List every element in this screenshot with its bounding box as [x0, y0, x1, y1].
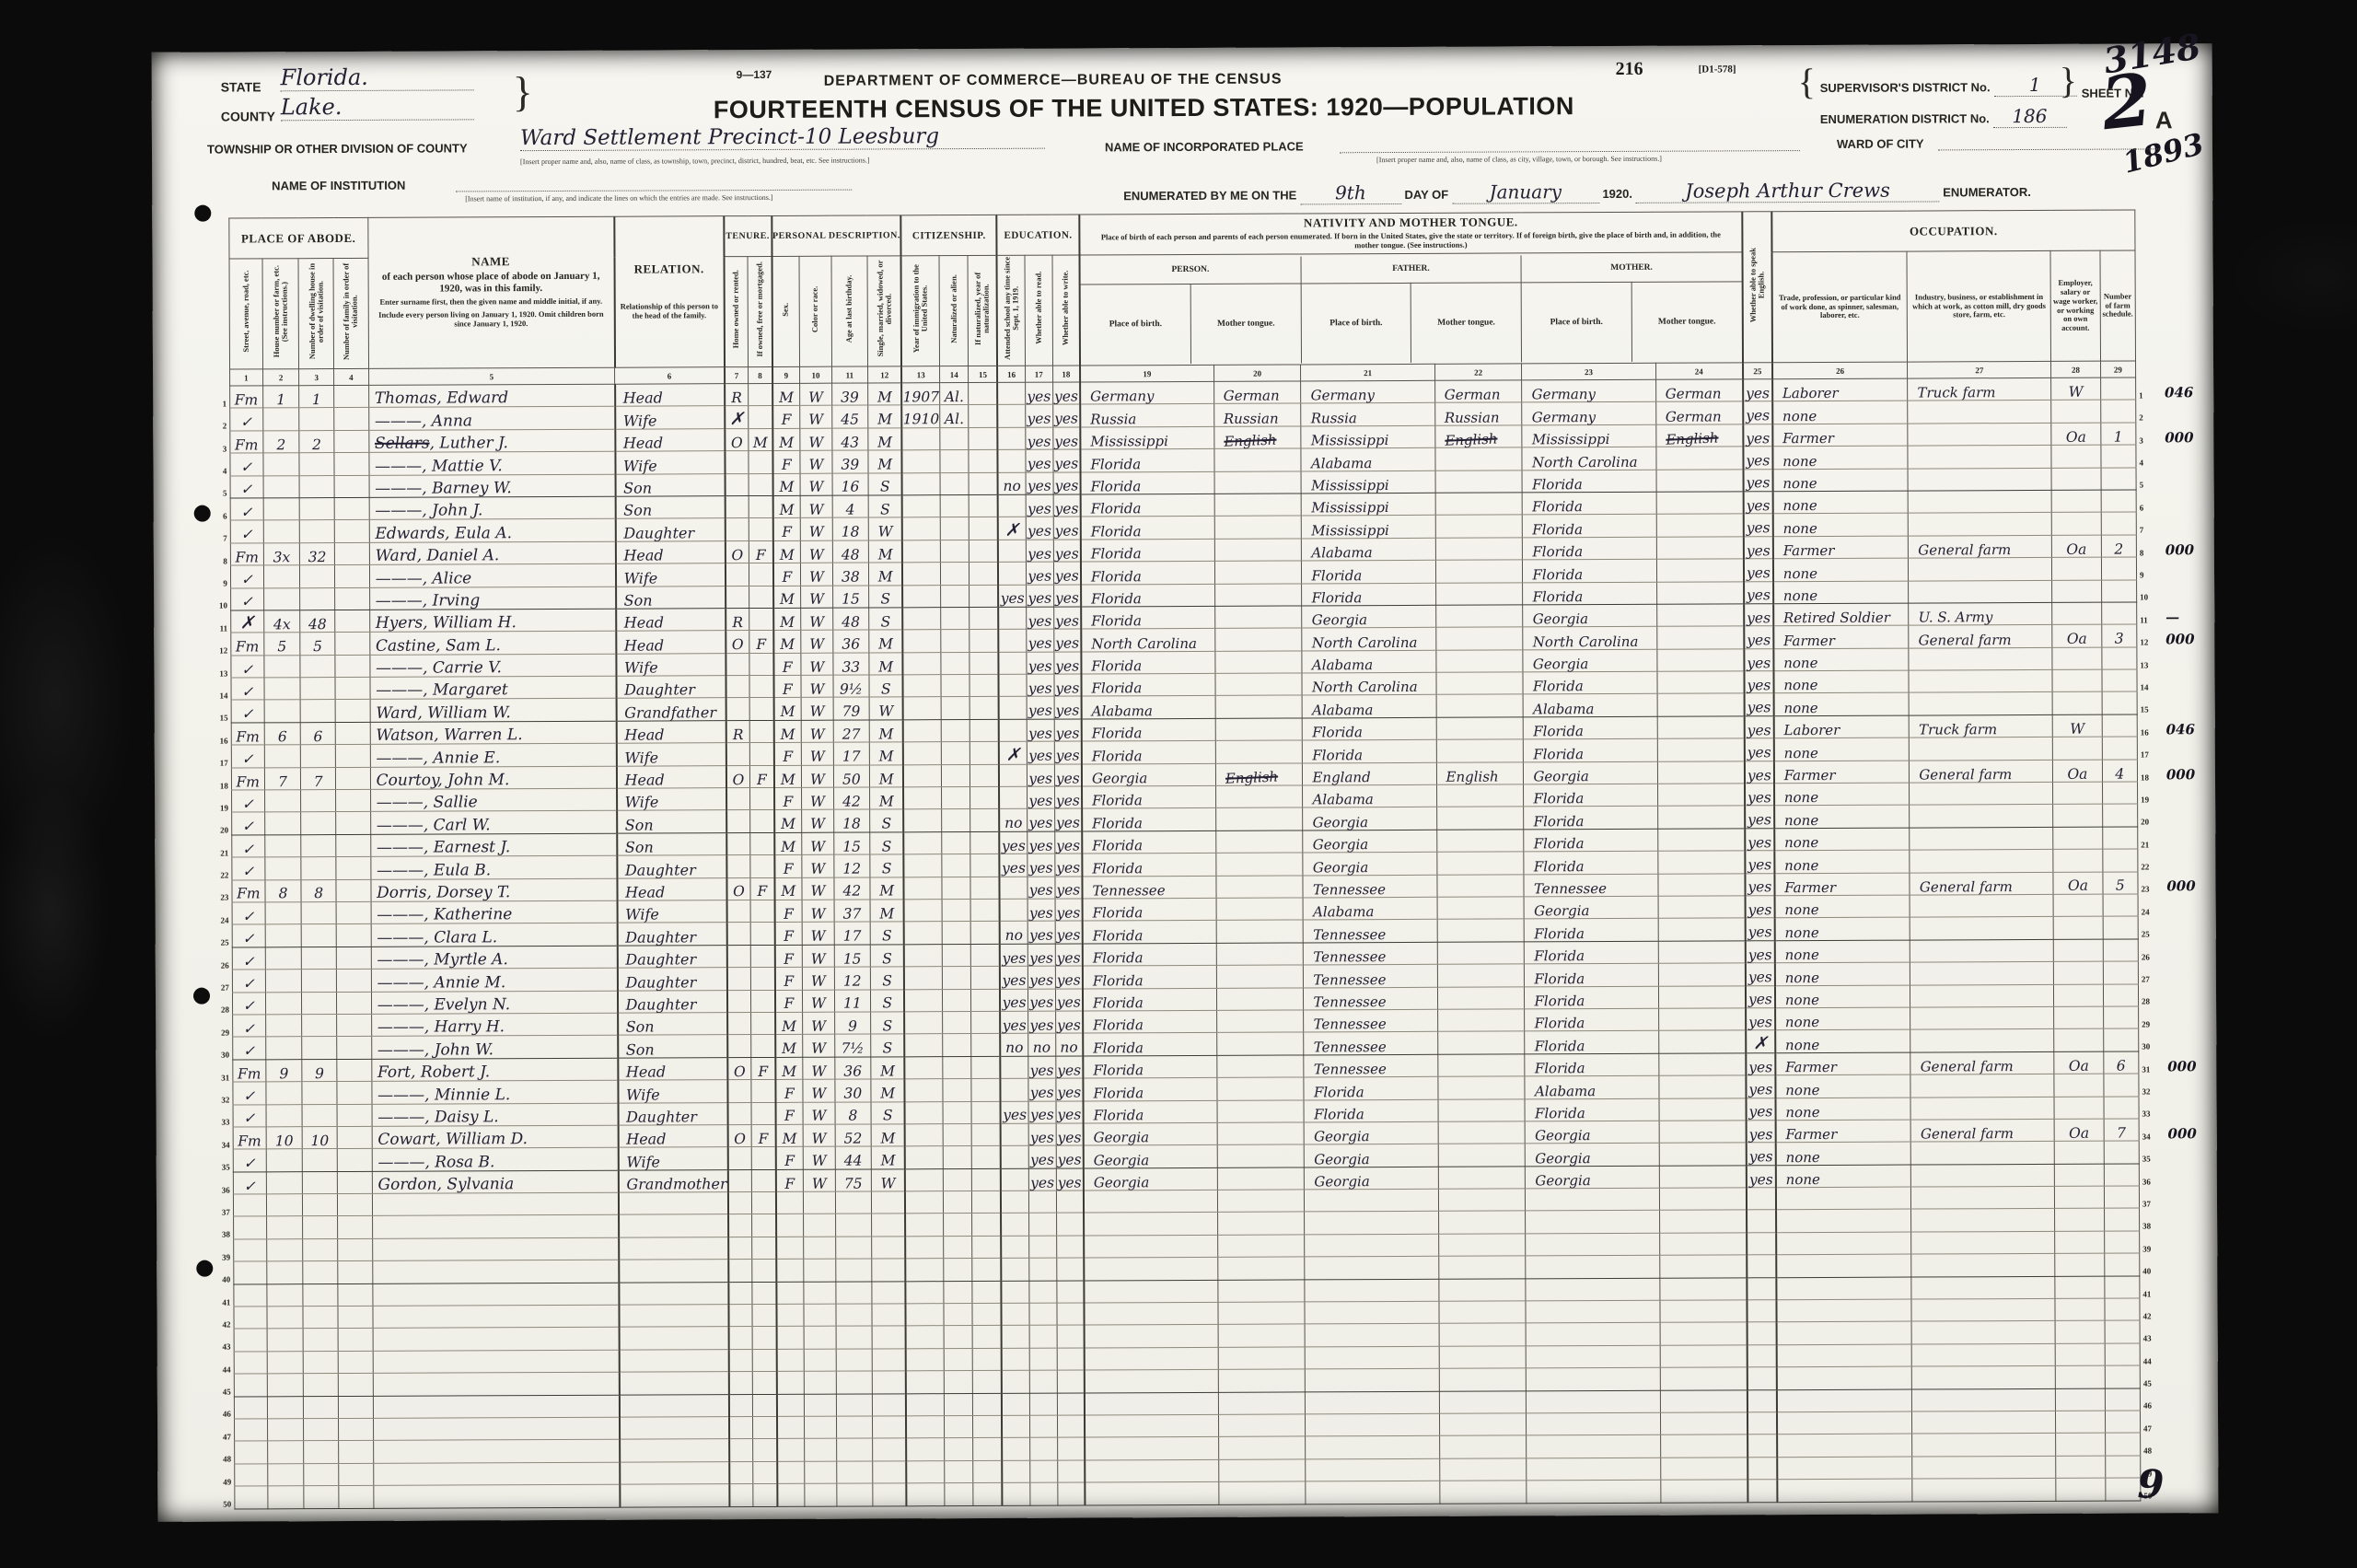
- column-number: 15: [969, 366, 998, 382]
- cell-age: 33: [833, 653, 869, 676]
- margin-code: [2162, 1074, 2216, 1097]
- cell-race: W: [803, 1102, 835, 1125]
- cell-emp: Oa: [2052, 535, 2102, 558]
- cell-fm: [338, 1261, 373, 1284]
- cell-t8: [753, 1439, 777, 1462]
- cell-pmt: [1217, 1257, 1305, 1280]
- cell-dw: [303, 1261, 338, 1284]
- cell-dw: [304, 1418, 339, 1441]
- cell-sex: M: [775, 1057, 803, 1080]
- cell-c16: [1002, 1326, 1029, 1349]
- cell-t7: O: [726, 631, 749, 654]
- cell-fm: [337, 1171, 372, 1194]
- cell-t7: R: [726, 720, 749, 743]
- cell-rel: Daughter: [617, 855, 726, 878]
- cell-c15: [969, 472, 998, 495]
- cell-c13: [904, 967, 942, 990]
- line-number-right: 32: [2139, 1074, 2162, 1097]
- cell-c15: [972, 1123, 1002, 1146]
- cell-c16: [1002, 1348, 1029, 1371]
- cell-fm: [336, 992, 371, 1015]
- cell-ind: General farm: [1909, 535, 2052, 558]
- cell-fb: [1305, 1189, 1438, 1212]
- cell-c17: [1029, 1281, 1057, 1304]
- cell-t7: O: [727, 1057, 751, 1080]
- cell-st: ✓: [232, 970, 265, 993]
- cell-trade: [1776, 1277, 1911, 1300]
- margin-code: [2163, 1208, 2217, 1231]
- cell-ind: General farm: [1910, 872, 2053, 895]
- cell-mar: [871, 1191, 905, 1214]
- line-number-left: 24: [209, 902, 232, 925]
- cell-eng: yes: [1743, 379, 1772, 402]
- line-number-left: 23: [208, 880, 231, 903]
- cell-t8: [750, 945, 774, 968]
- cell-eng: yes: [1744, 671, 1773, 694]
- cell-hn: [266, 1261, 303, 1284]
- cell-fmt: [1439, 1346, 1527, 1369]
- cell-mar: M: [869, 720, 903, 743]
- cell-mmt: [1656, 581, 1744, 604]
- cell-eng: [1747, 1480, 1777, 1503]
- cell-c15: [970, 809, 1000, 832]
- cell-hn: 1: [262, 386, 299, 409]
- cell-sex: M: [772, 383, 800, 406]
- cell-eng: yes: [1745, 806, 1774, 829]
- cell-c15: [969, 427, 998, 450]
- cell-c16: [998, 427, 1026, 450]
- cell-fb: Tennessee: [1304, 987, 1437, 1010]
- col-4-family-number: Number of family in order of visitation.: [333, 258, 368, 368]
- check-mark: ✓: [244, 1156, 256, 1172]
- cell-c16: ✗: [998, 517, 1026, 540]
- line-number-right: 24: [2138, 894, 2161, 917]
- cell-mb: Florida: [1525, 941, 1658, 964]
- cell-ind: [1911, 1254, 2055, 1277]
- cell-fb: Alabama: [1304, 897, 1437, 920]
- cell-farm: [2102, 827, 2137, 850]
- cell-pmt: [1217, 1235, 1305, 1258]
- cell-ind: [1911, 1321, 2055, 1344]
- cell-name: ———, Sallie: [370, 788, 616, 812]
- cell-fmt: [1435, 560, 1523, 583]
- line-number-left: 26: [209, 947, 232, 970]
- cell-c15: [970, 697, 1000, 720]
- cell-st: [234, 1396, 267, 1419]
- cell-pmt: [1218, 1347, 1306, 1370]
- left-line-number-header: [205, 218, 229, 386]
- cell-fm: [337, 1037, 372, 1060]
- cell-st: ✓: [230, 587, 263, 610]
- cell-c18: yes: [1056, 1100, 1084, 1123]
- cell-c15: [972, 1146, 1002, 1169]
- cell-c15: [973, 1460, 1003, 1483]
- cell-mb: Florida: [1524, 739, 1657, 762]
- cell-race: W: [803, 1124, 835, 1147]
- cell-hn: [266, 1194, 303, 1217]
- cell-rel: Head: [615, 540, 725, 563]
- cell-c18: yes: [1055, 989, 1083, 1012]
- cell-fb: [1306, 1368, 1439, 1391]
- cell-c16: [999, 786, 1027, 809]
- cell-age: 36: [832, 630, 868, 653]
- cell-ind: [1911, 1186, 2055, 1209]
- cell-c16: no: [1001, 1034, 1028, 1057]
- cell-race: [804, 1327, 836, 1350]
- cell-age: 4: [832, 495, 868, 518]
- line-number-right: 13: [2137, 647, 2160, 670]
- cell-c16: no: [999, 809, 1027, 832]
- cell-mb: North Carolina: [1523, 627, 1656, 650]
- col-17-able-to-read: Whether able to read.: [1025, 255, 1052, 366]
- cell-fm: [335, 655, 370, 678]
- cell-mar: [872, 1214, 906, 1237]
- form-number: 9—137: [737, 68, 772, 81]
- cell-hn: 9: [265, 1059, 302, 1082]
- cell-mmt: [1659, 1188, 1747, 1211]
- cell-race: [804, 1349, 836, 1372]
- cell-c13: [907, 1460, 945, 1483]
- column-number: 27: [1908, 361, 2051, 378]
- cell-c17: yes: [1028, 989, 1055, 1012]
- cell-c14: [944, 1371, 973, 1394]
- cell-c16: ✗: [999, 741, 1027, 764]
- line-number-right: 40: [2140, 1253, 2163, 1276]
- table-header: PLACE OF ABODE. NAME of each person whos…: [205, 210, 2213, 387]
- cell-eng: yes: [1744, 604, 1773, 627]
- cell-trade: Farmer: [1775, 1052, 1910, 1075]
- cell-c14: [940, 585, 970, 608]
- cell-t8: F: [749, 540, 772, 563]
- cell-mmt: [1658, 1053, 1746, 1076]
- cell-hn: [267, 1374, 304, 1397]
- cell-t8: [752, 1349, 776, 1372]
- cell-eng: [1747, 1434, 1777, 1458]
- cell-trade: none: [1773, 558, 1909, 581]
- cell-fm: [335, 610, 370, 633]
- cell-name: Courtoy, John M.: [370, 766, 616, 790]
- cell-ind: [1909, 580, 2052, 603]
- cell-trade: none: [1775, 1007, 1910, 1030]
- cell-sex: F: [774, 967, 802, 990]
- cell-fb: [1305, 1301, 1438, 1324]
- col-1-street: Street, avenue, road, etc.: [229, 259, 262, 369]
- cell-c15: [971, 989, 1001, 1012]
- cell-fmt: [1439, 1413, 1527, 1436]
- cell-fm: [335, 722, 370, 745]
- cell-ind: [1910, 1074, 2054, 1097]
- cell-c16: [1002, 1236, 1029, 1259]
- cell-fmt: [1439, 1323, 1527, 1346]
- cell-trade: none: [1775, 1074, 1910, 1098]
- cell-t7: O: [726, 765, 750, 788]
- line-number-left: 20: [208, 812, 231, 835]
- cell-mb: Georgia: [1526, 1166, 1659, 1189]
- line-number-left: 44: [211, 1352, 234, 1375]
- cell-ind: [1911, 1276, 2055, 1299]
- cell-mb: Florida: [1525, 919, 1658, 942]
- cell-c16: [999, 674, 1027, 697]
- cell-fmt: [1439, 1481, 1527, 1504]
- cell-t8: [749, 698, 773, 721]
- cell-c18: yes: [1053, 540, 1081, 563]
- margin-code: [2162, 1006, 2216, 1029]
- cell-st: ✓: [232, 1015, 265, 1038]
- cell-mb: [1527, 1345, 1660, 1368]
- cell-emp: [2055, 1186, 2105, 1209]
- cell-t8: [749, 743, 773, 766]
- margin-code: —: [2160, 602, 2214, 625]
- cell-mb: [1527, 1458, 1660, 1481]
- cell-race: W: [800, 473, 832, 496]
- cell-fmt: [1436, 672, 1524, 695]
- line-number-right: 7: [2136, 512, 2159, 535]
- cell-farm: [2103, 849, 2138, 872]
- cell-mmt: [1660, 1458, 1747, 1481]
- cell-c17: yes: [1026, 517, 1053, 540]
- cell-emp: [2056, 1388, 2106, 1411]
- cell-c18: [1056, 1213, 1084, 1236]
- cell-farm: [2100, 400, 2135, 423]
- cell-age: 50: [833, 765, 869, 788]
- cell-farm: [2104, 1074, 2139, 1097]
- cell-c17: yes: [1028, 1101, 1056, 1124]
- cell-sex: [776, 1304, 804, 1327]
- cell-t7: ✗: [725, 406, 749, 429]
- cell-race: W: [803, 1169, 835, 1192]
- cell-t7: O: [726, 877, 750, 900]
- page-stamp: 216: [1616, 59, 1643, 80]
- cell-pb: [1085, 1437, 1218, 1460]
- cell-pb: Florida: [1080, 471, 1213, 494]
- cell-mmt: [1657, 693, 1745, 716]
- cell-fmt: [1438, 1279, 1526, 1302]
- cell-sex: [776, 1371, 804, 1394]
- cell-mmt: [1656, 649, 1744, 672]
- cell-c13: [905, 1056, 943, 1079]
- cell-c15: [970, 786, 1000, 809]
- cell-eng: yes: [1744, 536, 1773, 559]
- cell-t7: [729, 1439, 753, 1462]
- cell-c14: [944, 1415, 973, 1438]
- cell-dw: 2: [299, 430, 334, 453]
- census-title: FOURTEENTH CENSUS OF THE UNITED STATES: …: [714, 92, 1574, 124]
- cell-emp: [2054, 961, 2104, 984]
- cell-c15: [970, 877, 1000, 900]
- cell-fb: Tennessee: [1304, 1054, 1437, 1077]
- cell-emp: [2052, 692, 2102, 715]
- line-number-left: 37: [210, 1194, 233, 1217]
- cell-mmt: [1658, 1075, 1746, 1098]
- cell-sex: M: [772, 428, 800, 451]
- cell-c18: yes: [1053, 517, 1081, 540]
- cell-c18: yes: [1054, 786, 1082, 809]
- cell-ind: [1912, 1434, 2056, 1457]
- cell-c15: [971, 967, 1001, 990]
- cell-age: 16: [832, 473, 868, 496]
- cell-c13: [905, 1191, 943, 1214]
- mother-pob-header: Place of birth.: [1521, 282, 1631, 362]
- check-mark: ✓: [241, 661, 253, 678]
- cell-c17: [1029, 1303, 1057, 1326]
- cell-c15: [970, 764, 1000, 787]
- margin-code: 000: [2162, 1051, 2216, 1074]
- cell-fm: [336, 812, 371, 835]
- cell-c18: yes: [1052, 404, 1080, 427]
- cell-c15: [973, 1326, 1003, 1349]
- cell-mar: M: [869, 630, 903, 653]
- cell-sex: [776, 1214, 804, 1237]
- cell-trade: [1777, 1389, 1912, 1412]
- cell-hn: 6: [264, 723, 301, 746]
- cell-hn: [264, 790, 301, 813]
- cell-emp: [2052, 580, 2102, 603]
- cell-emp: [2056, 1478, 2106, 1501]
- margin-code: [2159, 400, 2213, 423]
- cell-c13: [904, 989, 942, 1012]
- cell-c15: [973, 1438, 1003, 1461]
- cell-pmt: [1214, 471, 1302, 494]
- struck-entry: English: [1225, 771, 1278, 786]
- cell-c18: yes: [1053, 472, 1081, 495]
- cell-fmt: [1436, 807, 1524, 830]
- cell-hn: [264, 655, 301, 678]
- cell-c16: [1001, 1191, 1028, 1214]
- cell-c16: [1003, 1460, 1030, 1483]
- cell-c13: [902, 585, 940, 608]
- line-number-right: 18: [2137, 760, 2160, 783]
- cell-fm: [334, 497, 369, 520]
- cell-c14: [944, 1281, 973, 1304]
- cell-c18: [1056, 1191, 1084, 1214]
- cell-c13: [904, 877, 942, 900]
- line-number-left: 3: [206, 431, 229, 454]
- cell-fmt: [1436, 830, 1524, 853]
- column-number: 25: [1743, 363, 1772, 379]
- cell-age: 27: [833, 720, 869, 743]
- cell-c18: yes: [1055, 877, 1083, 900]
- cell-hn: 2: [263, 430, 300, 453]
- line-number-left: 33: [210, 1105, 233, 1128]
- cell-dw: [299, 475, 334, 498]
- cell-trade: none: [1775, 1098, 1910, 1121]
- cell-race: W: [803, 990, 835, 1013]
- cell-emp: [2055, 1343, 2105, 1366]
- county-label: COUNTY: [221, 109, 275, 123]
- cell-dw: [302, 1014, 337, 1037]
- cell-dw: [303, 1171, 338, 1194]
- cell-c14: [943, 1168, 972, 1191]
- cell-name: ———, Alice: [369, 563, 615, 587]
- cell-pmt: [1215, 673, 1303, 696]
- cell-c16: [1002, 1415, 1029, 1438]
- cell-t8: F: [750, 765, 774, 788]
- cell-fmt: [1435, 605, 1523, 628]
- line-number-right: 1: [2136, 377, 2159, 401]
- line-number-left: 31: [209, 1060, 232, 1083]
- cell-farm: [2104, 1253, 2139, 1276]
- margin-code: [2163, 1186, 2217, 1209]
- cell-c16: [998, 540, 1026, 563]
- cell-trade: none: [1775, 962, 1910, 985]
- cell-c16: [1001, 1078, 1028, 1101]
- cell-pb: Florida: [1082, 808, 1215, 831]
- cell-name: ———, Anna: [368, 407, 614, 431]
- cell-fmt: [1439, 1368, 1527, 1391]
- check-mark: ✓: [242, 931, 254, 947]
- cell-c18: [1057, 1393, 1085, 1416]
- cell-farm: [2102, 804, 2137, 827]
- line-number-right: 5: [2136, 467, 2159, 490]
- cell-c15: [970, 652, 999, 675]
- line-number-right: 20: [2138, 804, 2161, 827]
- cell-pmt: [1213, 448, 1301, 471]
- margin-code: [2161, 737, 2215, 760]
- cell-pb: Florida: [1083, 921, 1216, 944]
- cell-pb: Florida: [1083, 943, 1216, 966]
- person-group: PERSON.: [1080, 256, 1300, 285]
- cell-emp: [2051, 512, 2101, 535]
- cell-fm: [336, 947, 371, 970]
- line-number-right: 36: [2139, 1164, 2162, 1187]
- cell-eng: [1747, 1412, 1777, 1435]
- cell-rel: Wife: [615, 451, 725, 474]
- cell-mb: Mississippi: [1522, 424, 1655, 447]
- cell-dw: [304, 1441, 339, 1464]
- margin-code: [2164, 1411, 2218, 1434]
- cell-age: [836, 1416, 872, 1439]
- cell-emp: [2055, 1231, 2105, 1254]
- cell-emp: [2053, 827, 2103, 850]
- cell-hn: [262, 408, 299, 431]
- cell-trade: none: [1775, 940, 1910, 963]
- cell-farm: [2105, 1388, 2140, 1411]
- check-mark: ✓: [241, 594, 253, 610]
- cell-mmt: [1659, 1121, 1747, 1144]
- cell-mmt: English: [1655, 424, 1743, 447]
- cell-age: 39: [831, 383, 867, 406]
- cell-c13: [905, 1079, 943, 1102]
- cell-mmt: [1658, 963, 1746, 986]
- cell-t7: [725, 473, 749, 496]
- group-tenure: TENURE.: [724, 215, 772, 256]
- cell-ind: [1910, 850, 2053, 873]
- cell-fm: [338, 1329, 373, 1352]
- cell-emp: Oa: [2054, 1119, 2104, 1142]
- cell-fm: [338, 1283, 373, 1307]
- cell-c18: [1057, 1370, 1085, 1393]
- line-number-left: 14: [207, 678, 230, 701]
- cell-fmt: [1437, 897, 1525, 920]
- cell-fmt: [1437, 919, 1525, 942]
- cell-dw: [301, 857, 336, 880]
- cell-farm: [2103, 961, 2138, 984]
- col-27-industry: Industry, business, or establishment in …: [1907, 250, 2050, 362]
- cell-fmt: [1437, 1054, 1525, 1077]
- cell-c15: [970, 674, 999, 697]
- cell-c16: no: [1000, 922, 1028, 945]
- cell-trade: Farmer: [1772, 424, 1908, 447]
- col-16-attended-school: Attended school any time since Sept. 1, …: [997, 255, 1025, 366]
- check-mark: ✓: [242, 796, 254, 812]
- cell-emp: [2055, 1164, 2105, 1187]
- cell-c17: [1029, 1437, 1057, 1460]
- cell-sex: [776, 1349, 804, 1372]
- cell-t7: [728, 1260, 752, 1283]
- cell-fmt: [1437, 1031, 1525, 1054]
- cell-c18: yes: [1056, 1123, 1084, 1146]
- cell-dw: [301, 902, 336, 925]
